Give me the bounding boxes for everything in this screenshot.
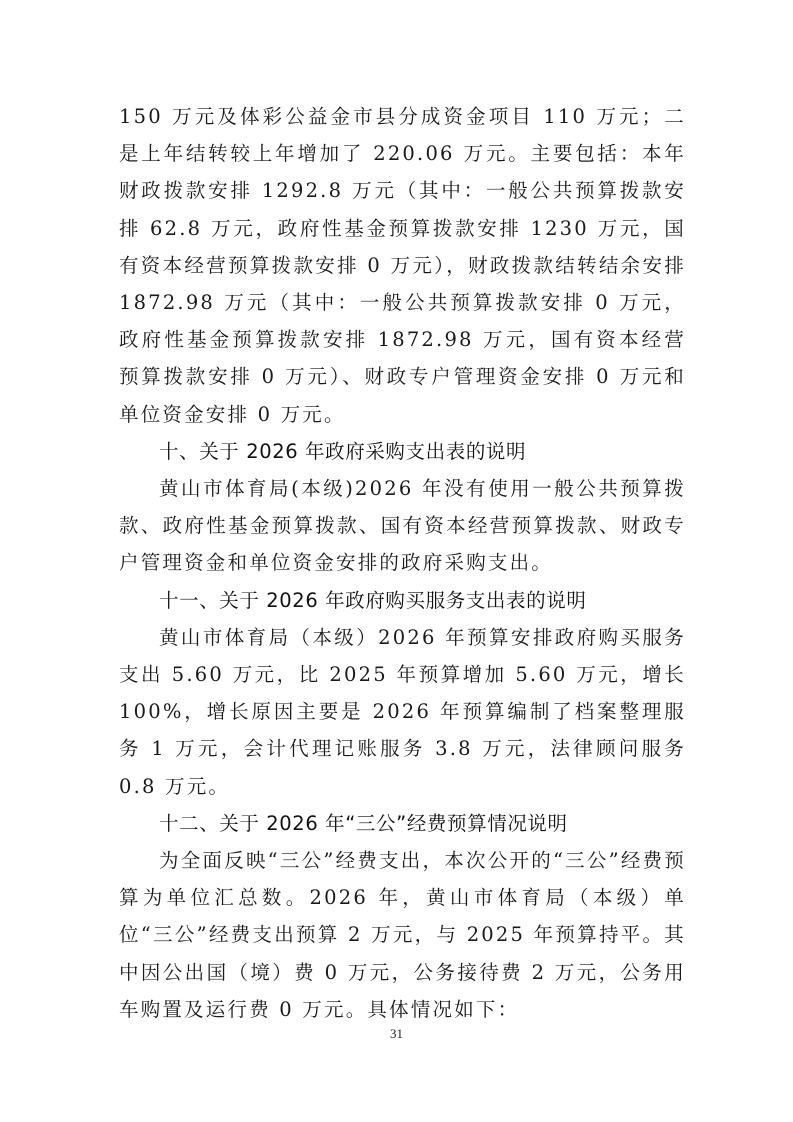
paragraph-government-purchased-services: 黄山市体育局（本级）2026 年预算安排政府购买服务支出 5.60 万元，比 2… xyxy=(119,619,686,805)
heading-government-procurement: 十、关于 2026 年政府采购支出表的说明 xyxy=(119,433,686,470)
heading-government-purchased-services: 十一、关于 2026 年政府购买服务支出表的说明 xyxy=(119,582,686,619)
document-page: 150 万元及体彩公益金市县分成资金项目 110 万元；二是上年结转较上年增加了… xyxy=(119,98,686,1028)
paragraph-three-public-expenses: 为全面反映“三公”经费支出，本次公开的“三公”经费预算为单位汇总数。2026 年… xyxy=(119,842,686,1028)
paragraph-revenue-continuation: 150 万元及体彩公益金市县分成资金项目 110 万元；二是上年结转较上年增加了… xyxy=(119,98,686,433)
heading-three-public-expenses: 十二、关于 2026 年“三公”经费预算情况说明 xyxy=(119,805,686,842)
paragraph-government-procurement: 黄山市体育局(本级)2026 年没有使用一般公共预算拨款、政府性基金预算拨款、国… xyxy=(119,470,686,582)
page-number: 31 xyxy=(0,1026,793,1042)
